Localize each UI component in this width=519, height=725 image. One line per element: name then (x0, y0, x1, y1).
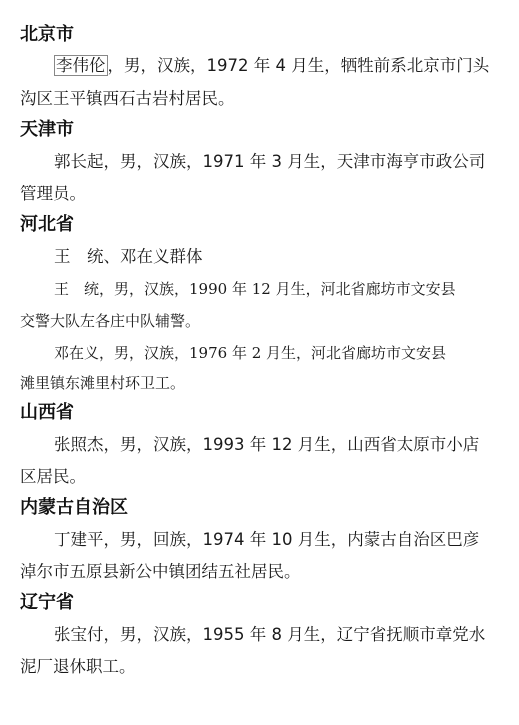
entry-line: 李伟伦，男，汉族，1972 年 4 月生，牺牲前系北京市门头 (54, 55, 489, 77)
entry-line-continued: 淖尔市五原县新公中镇团结五社居民。 (20, 561, 301, 583)
entry-line: 王 统，男，汉族，1990 年 12 月生，河北省廊坊市文安县 (54, 278, 456, 300)
entry-line-continued: 沟区王平镇西石古岩村居民。 (20, 88, 235, 110)
entry-line-continued: 管理员。 (20, 183, 86, 205)
section-heading-shanxi: 山西省 (20, 402, 74, 424)
entry-line-continued: 滩里镇东滩里村环卫工。 (20, 372, 185, 394)
section-heading-tianjin: 天津市 (20, 119, 74, 141)
entry-text: ，男，汉族，1972 年 4 月生，牺牲前系北京市门头 (108, 56, 490, 75)
entry-line: 邓在义，男，汉族，1976 年 2 月生，河北省廊坊市文安县 (54, 342, 446, 364)
entry-line-continued: 泥厂退休职工。 (20, 656, 136, 678)
entry-line-continued: 区居民。 (20, 466, 86, 488)
section-heading-hebei: 河北省 (20, 214, 74, 236)
entry-line: 张照杰，男，汉族，1993 年 12 月生，山西省太原市小店 (54, 434, 479, 456)
document-page: 北京市 李伟伦，男，汉族，1972 年 4 月生，牺牲前系北京市门头 沟区王平镇… (0, 0, 519, 725)
section-heading-beijing: 北京市 (20, 24, 74, 46)
entry-line-continued: 交警大队左各庄中队辅警。 (20, 310, 200, 332)
group-title: 王 统、邓在义群体 (54, 246, 203, 268)
highlighted-name[interactable]: 李伟伦 (54, 55, 108, 76)
entry-line: 丁建平，男，回族，1974 年 10 月生，内蒙古自治区巴彦 (54, 529, 479, 551)
section-heading-liaoning: 辽宁省 (20, 592, 74, 614)
entry-line: 张宝付，男，汉族，1955 年 8 月生，辽宁省抚顺市章党水 (54, 624, 485, 646)
entry-line: 郭长起，男，汉族，1971 年 3 月生，天津市海亨市政公司 (54, 151, 485, 173)
section-heading-inner-mongolia: 内蒙古自治区 (20, 497, 128, 519)
